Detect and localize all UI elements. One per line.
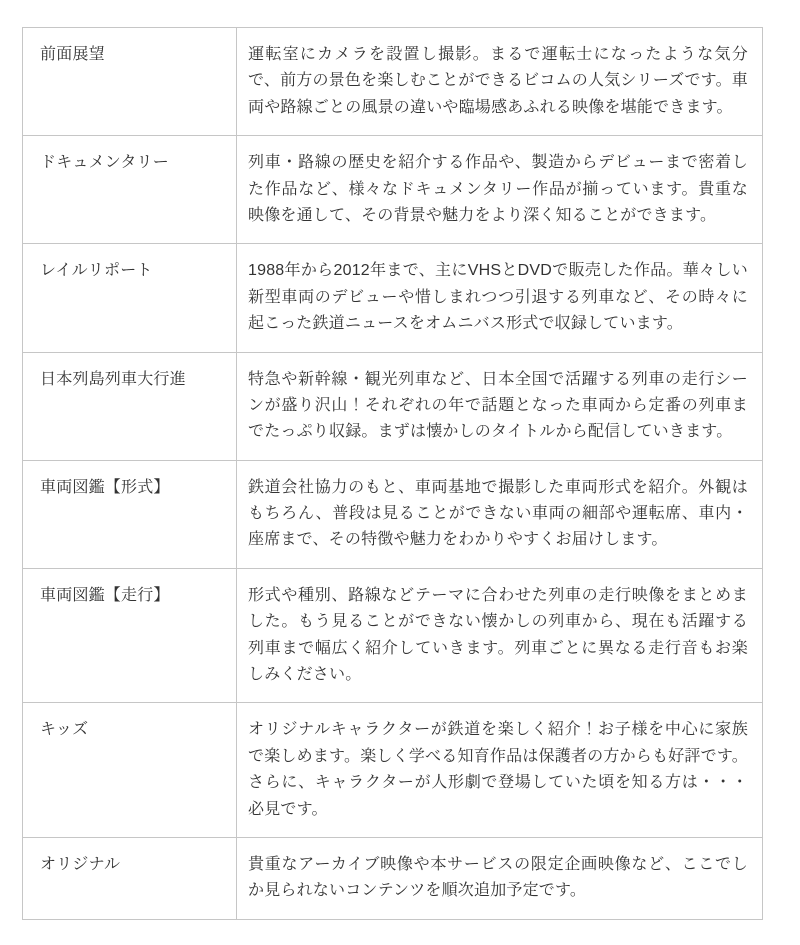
category-label: レイルリポート (23, 244, 237, 352)
category-description: 列車・路線の歴史を紹介する作品や、製造からデビューまで密着した作品など、様々なド… (237, 136, 763, 244)
category-label: オリジナル (23, 837, 237, 919)
category-label: 車両図鑑【走行】 (23, 568, 237, 703)
category-table-body: 前面展望 運転室にカメラを設置し撮影。まるで運転士になったような気分で、前方の景… (23, 28, 763, 920)
table-row: オリジナル 貴重なアーカイブ映像や本サービスの限定企画映像など、ここでしか見られ… (23, 837, 763, 919)
category-label: 前面展望 (23, 28, 237, 136)
table-row: 車両図鑑【走行】 形式や種別、路線などテーマに合わせた列車の走行映像をまとめまし… (23, 568, 763, 703)
category-label: 日本列島列車大行進 (23, 352, 237, 460)
category-label: 車両図鑑【形式】 (23, 460, 237, 568)
category-label: ドキュメンタリー (23, 136, 237, 244)
table-row: ドキュメンタリー 列車・路線の歴史を紹介する作品や、製造からデビューまで密着した… (23, 136, 763, 244)
category-label: キッズ (23, 703, 237, 838)
category-description: 鉄道会社協力のもと、車両基地で撮影した車両形式を紹介。外観はもちろん、普段は見る… (237, 460, 763, 568)
table-row: 日本列島列車大行進 特急や新幹線・観光列車など、日本全国で活躍する列車の走行シー… (23, 352, 763, 460)
category-description: 運転室にカメラを設置し撮影。まるで運転士になったような気分で、前方の景色を楽しむ… (237, 28, 763, 136)
table-row: 車両図鑑【形式】 鉄道会社協力のもと、車両基地で撮影した車両形式を紹介。外観はも… (23, 460, 763, 568)
category-description: オリジナルキャラクターが鉄道を楽しく紹介！お子様を中心に家族で楽しめます。楽しく… (237, 703, 763, 838)
table-row: キッズ オリジナルキャラクターが鉄道を楽しく紹介！お子様を中心に家族で楽しめます… (23, 703, 763, 838)
category-description: 1988年から2012年まで、主にVHSとDVDで販売した作品。華々しい新型車両… (237, 244, 763, 352)
table-row: 前面展望 運転室にカメラを設置し撮影。まるで運転士になったような気分で、前方の景… (23, 28, 763, 136)
table-row: レイルリポート 1988年から2012年まで、主にVHSとDVDで販売した作品。… (23, 244, 763, 352)
category-description: 形式や種別、路線などテーマに合わせた列車の走行映像をまとめました。もう見ることが… (237, 568, 763, 703)
category-description: 特急や新幹線・観光列車など、日本全国で活躍する列車の走行シーンが盛り沢山！それぞ… (237, 352, 763, 460)
category-table: 前面展望 運転室にカメラを設置し撮影。まるで運転士になったような気分で、前方の景… (22, 27, 763, 920)
category-description: 貴重なアーカイブ映像や本サービスの限定企画映像など、ここでしか見られないコンテン… (237, 837, 763, 919)
